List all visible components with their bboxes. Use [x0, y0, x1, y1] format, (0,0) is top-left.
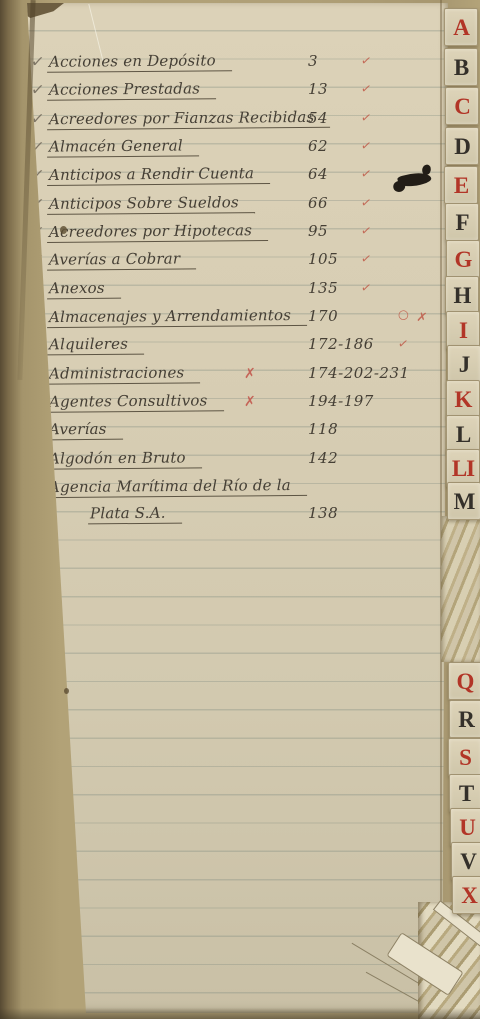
pencil-circle-mark: ⊖ — [30, 335, 45, 355]
alphabet-tab-s: S — [448, 738, 480, 776]
red-check-mark: ✓ — [360, 251, 375, 268]
tab-letter: M — [454, 490, 475, 513]
index-entry-row: ✓ Acreedores por Fianzas Recibidas 54 ✓ — [30, 108, 444, 136]
pencil-check-mark: ✓ — [30, 108, 45, 128]
red-check-mark: ✓ — [360, 137, 375, 154]
entry-title: Acreedores por Fianzas Recibidas — [47, 107, 331, 129]
ledger-scan: ✓ Acciones en Depósito 3 ✓ ✓ Acciones Pr… — [0, 0, 480, 1019]
alphabet-tab-d: D — [445, 127, 479, 165]
pencil-check-mark: ✓ — [30, 420, 45, 440]
index-entry-row: ✓ Averías a Cobrar 105 ✓ — [30, 249, 444, 277]
entry-title: Averías a Cobrar — [47, 250, 196, 271]
red-x-mark: ✗ — [244, 394, 256, 410]
alphabet-tab-g: G — [446, 240, 480, 278]
tab-letter: C — [454, 95, 470, 118]
tab-letter: D — [454, 135, 470, 158]
pencil-check-mark: ✓ — [30, 221, 45, 241]
index-entry-list: ✓ Acciones en Depósito 3 ✓ ✓ Acciones Pr… — [30, 51, 444, 533]
entry-folio: 142 — [308, 449, 338, 467]
entry-folio: 95 — [308, 222, 328, 240]
entry-title: Alquileres — [47, 335, 144, 356]
pencil-check-mark: ✓ — [30, 165, 45, 185]
red-check-mark: ✓ — [360, 52, 375, 69]
tab-letter: R — [458, 708, 474, 731]
index-entry-row: ✓ Acciones en Depósito 3 ✓ — [30, 51, 444, 79]
index-entry-row: ⊖ Almacenajes y Arrendamientos 170 ○ ✗ — [30, 306, 444, 334]
alphabet-tab-m: M — [447, 482, 480, 520]
index-entry-row: ✓ Agencia Marítima del Río de la Plata S… — [30, 476, 444, 533]
photo-bottom-shadow — [0, 1008, 480, 1019]
entry-title: Agencia Marítima del Río de la — [47, 476, 307, 498]
pencil-check-mark: ( — [30, 449, 38, 469]
pencil-check-mark: ✓ — [30, 250, 45, 270]
red-check-mark: ✓ — [360, 165, 375, 182]
red-check-mark: ✓ — [360, 194, 375, 211]
index-entry-row: ✓ Acciones Prestadas 13 ✓ — [30, 79, 444, 107]
entry-folio: 118 — [308, 420, 338, 438]
alphabet-tab-b: B — [444, 48, 478, 86]
entry-title: Administraciones — [47, 363, 201, 384]
pencil-circle-mark: ⊖ — [30, 306, 45, 326]
index-entry-row: ✓ Acreedores por Hipotecas 95 ✓ — [30, 221, 444, 249]
pencil-circle-mark: ⊖ — [30, 391, 45, 411]
index-entry-row: ⊖ Agentes Consultivos ✗ 194-197 — [30, 391, 444, 419]
entry-folio: 170 — [308, 307, 338, 325]
binding-stitch-dot — [64, 688, 69, 694]
entry-title: Agentes Consultivos — [47, 391, 224, 413]
tab-letter: F — [455, 211, 468, 234]
index-entry-row: ⊖ Alquileres 172-186 ✓ — [30, 334, 444, 362]
entry-folio: 135 — [308, 279, 338, 297]
entry-title: Acciones en Depósito — [47, 51, 232, 73]
entry-folio: 174-202-231 — [308, 364, 410, 382]
red-check-mark: ✓ — [360, 109, 375, 126]
index-entry-row: ✓ Anticipos Sobre Sueldos 66 ✓ — [30, 193, 444, 221]
index-page: ✓ Acciones en Depósito 3 ✓ ✓ Acciones Pr… — [0, 3, 448, 1013]
red-check-mark: ✓ — [360, 222, 375, 239]
entry-folio: 3 — [308, 52, 318, 70]
entry-title: Anexos — [47, 278, 121, 299]
entry-title: Acreedores por Hipotecas — [47, 221, 268, 243]
pencil-check-mark: ✓ — [30, 477, 45, 497]
entry-title: Algodón en Bruto — [47, 448, 202, 469]
index-entry-row: ( Algodón en Bruto 142 — [30, 448, 444, 476]
entry-title: Averías — [47, 420, 123, 441]
alphabet-tab-l: L — [446, 415, 480, 453]
red-check-mark: ✓ — [360, 279, 375, 296]
tab-letter: Q — [457, 670, 474, 693]
alphabet-tab-k: K — [446, 380, 480, 418]
index-entry-row: ✓ Anexos 135 ✓ — [30, 278, 444, 306]
alphabet-tab-f: F — [445, 203, 479, 241]
index-entry-row: ⊖ Administraciones ✗ 174-202-231 — [30, 363, 444, 391]
entry-folio: 54 — [308, 109, 328, 127]
entry-title: Almacén General — [47, 136, 199, 157]
entry-title: Anticipos a Rendir Cuenta — [47, 164, 270, 186]
entry-folio: 105 — [308, 250, 338, 268]
tab-letter: LI — [452, 457, 474, 480]
pencil-check-mark: ✓ — [30, 136, 45, 156]
tab-letter: J — [459, 353, 470, 376]
tab-letter: U — [459, 816, 475, 839]
alphabet-tab-t: T — [449, 774, 480, 812]
tab-letter: V — [460, 850, 476, 873]
pencil-circle-mark: ⊖ — [30, 363, 45, 383]
binding-stitch-dot — [60, 226, 67, 234]
torn-corner — [16, 3, 64, 18]
tab-letter: B — [454, 56, 468, 79]
alphabet-tab-h: H — [445, 276, 479, 314]
tab-letter: T — [459, 782, 473, 805]
alphabet-tab-i: I — [446, 311, 480, 349]
alphabet-tab-j: J — [447, 345, 480, 383]
alphabet-tab-u: U — [450, 808, 480, 846]
pencil-check-mark: ✓ — [30, 193, 45, 213]
index-entry-row: ✓ Averías 118 — [30, 419, 444, 447]
tab-letter: L — [456, 423, 470, 446]
entry-folio: 66 — [308, 194, 328, 212]
page-right-edge — [440, 0, 442, 1019]
tab-letter: A — [453, 16, 469, 39]
entry-title-line2: Plata S.A. — [88, 504, 182, 525]
red-circle-x-mark: ○ ✗ — [397, 306, 430, 326]
red-check-mark: ✓ — [397, 336, 412, 353]
entry-title: Anticipos Sobre Sueldos — [47, 193, 255, 215]
tab-letter: H — [454, 284, 471, 307]
entry-folio: 64 — [308, 165, 328, 183]
entry-title: Acciones Prestadas — [47, 80, 216, 101]
alphabet-tab-c: C — [445, 87, 479, 125]
alphabet-tab-v: V — [451, 842, 480, 880]
red-x-mark: ✗ — [244, 366, 256, 382]
alphabet-tab-x: X — [452, 876, 480, 914]
tab-letter: K — [455, 388, 472, 411]
alphabet-tab-e: E — [444, 166, 478, 204]
tab-letter: S — [459, 746, 471, 769]
tab-letter: X — [461, 884, 477, 907]
index-entry-row: ✓ Anticipos a Rendir Cuenta 64 ✓ — [30, 164, 444, 192]
entry-folio: 172-186 — [308, 335, 374, 353]
alphabet-tab-a: A — [444, 8, 478, 46]
alphabet-tab-r: R — [449, 700, 480, 738]
index-entry-row: ✓ Almacén General 62 ✓ — [30, 136, 444, 164]
binding-shadow — [17, 0, 35, 380]
pencil-check-mark: ✓ — [30, 278, 45, 298]
torn-tab-remnants — [441, 516, 480, 662]
entry-folio: 194-197 — [308, 392, 374, 410]
tab-letter: I — [459, 319, 467, 342]
alphabet-tab-q: Q — [448, 662, 480, 700]
entry-folio: 138 — [308, 504, 338, 522]
tab-letter: G — [455, 248, 472, 271]
entry-folio: 62 — [308, 137, 328, 155]
red-check-mark: ✓ — [360, 80, 375, 97]
tab-letter: E — [454, 174, 468, 197]
entry-title: Almacenajes y Arrendamientos — [47, 306, 307, 328]
entry-folio: 13 — [308, 80, 328, 98]
